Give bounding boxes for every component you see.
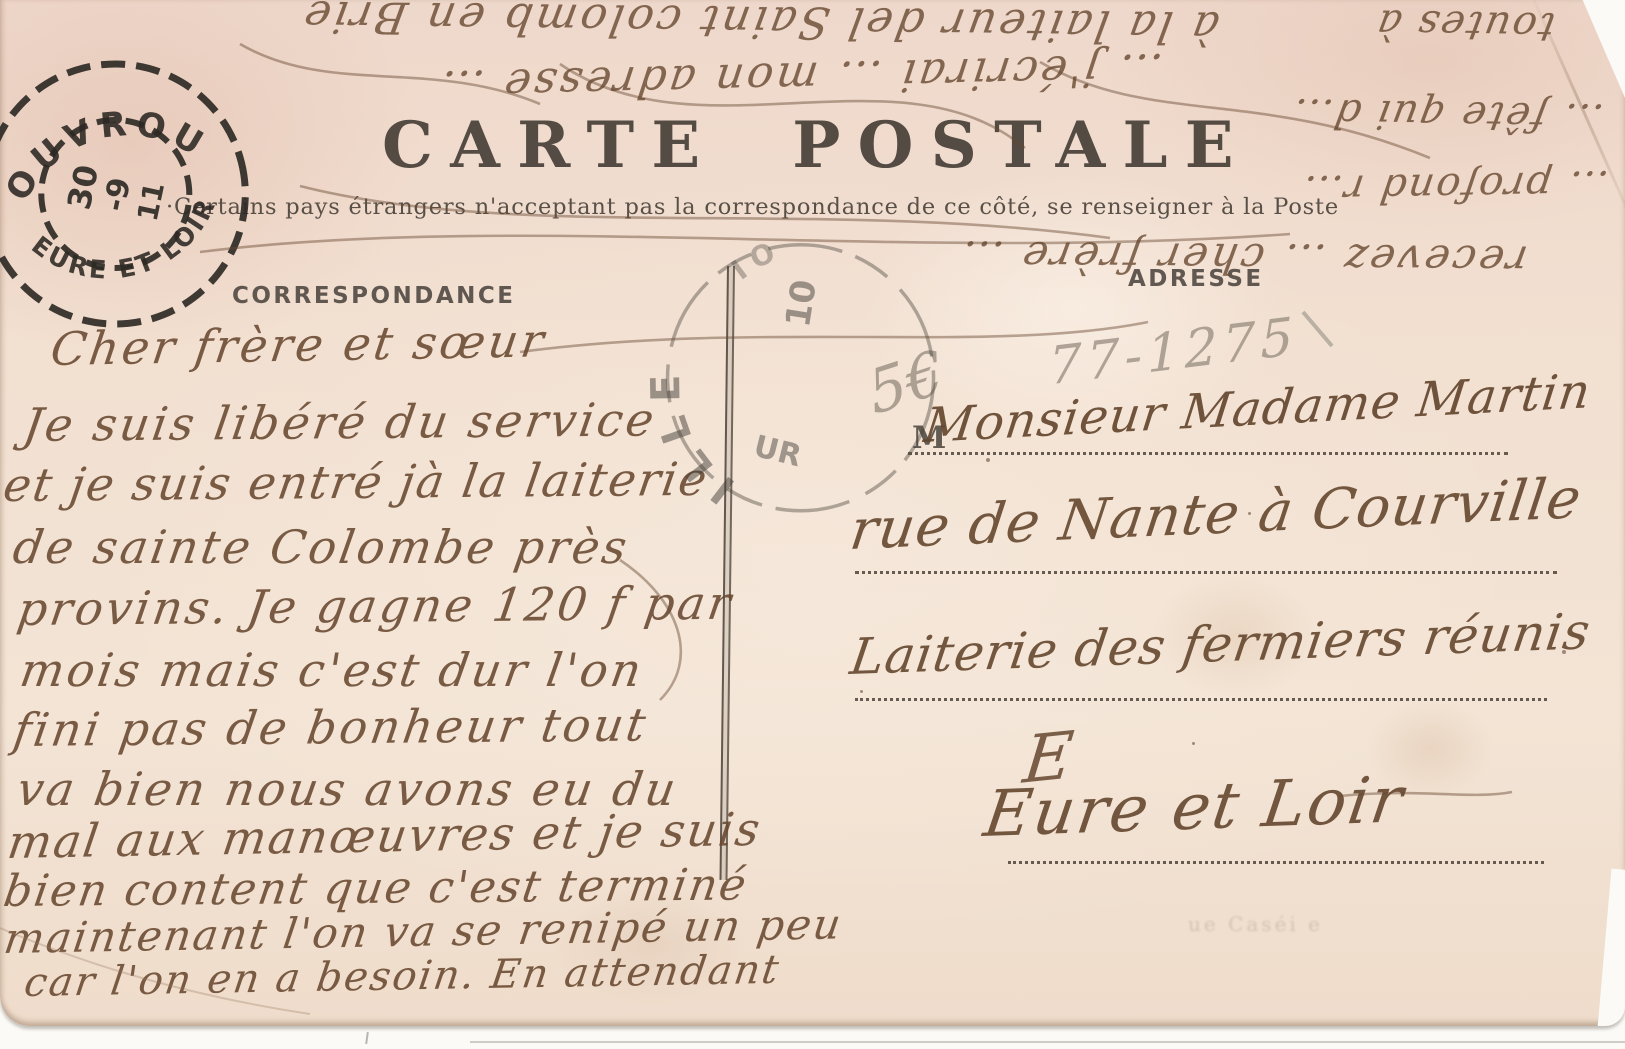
postcard-back: CARTE POSTALE ·Certains pays étrangers n… [0,0,1625,1026]
ink-flourishes [0,0,1625,1026]
scanner-artifact-tick [365,1032,369,1044]
corner-crease [0,928,310,1014]
ink-fleck [1248,512,1251,515]
pencil-stroke [1303,312,1332,346]
scanner-artifact-line [470,1041,1625,1043]
scanned-postcard-page: { "postcard": { "title": "CARTE POSTALE"… [0,0,1625,1049]
ink-fleck [1562,650,1566,654]
ink-fleck [860,690,863,693]
ink-fleck [986,458,990,462]
ink-fleck [1192,742,1195,745]
